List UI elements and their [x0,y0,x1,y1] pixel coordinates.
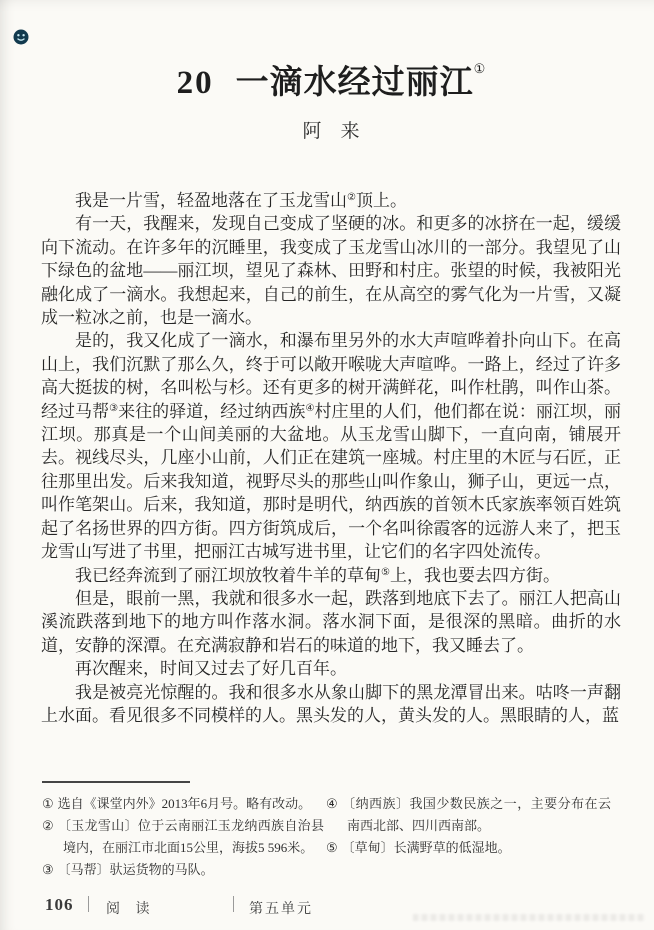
footnote-divider [42,781,190,783]
footnote: ①选自《课堂内外》2013年6月号。略有改动。 [42,793,324,815]
footnote-number: ③ [42,862,54,877]
paragraph: 我已经奔流到了丽江坝放牧着牛羊的草甸⑤上，我也要去四方街。 [41,564,621,587]
paragraph: 但是，眼前一黑，我就和很多水一起，跌落到地底下去了。丽江人把高山溪流跌落到地下的… [41,587,621,657]
footnotes-right-column: ④〔纳西族〕我国少数民族之一，主要分布在云南西北部、四川西南部。 ⑤〔草甸〕长满… [326,793,611,881]
paragraph: 我是一片雪，轻盈地落在了玉龙雪山②顶上。 [41,189,621,212]
unit-label: 第五单元 [249,898,313,918]
paragraph: 再次醒来，时间又过去了好几百年。 [41,657,621,680]
paragraph: 是的，我又化成了一滴水，和瀑布里另外的水大声喧哗着扑向山下。在高山上，我们沉默了… [41,329,621,563]
footnotes-left-column: ①选自《课堂内外》2013年6月号。略有改动。 ②〔玉龙雪山〕位于云南丽江玉龙纳… [42,793,324,881]
footnote-number: ④ [326,796,338,811]
footnote-text: 〔玉龙雪山〕位于云南丽江玉龙纳西族自治县境内，在丽江市北面15公里，海拔5 59… [58,818,324,855]
body-text: 我是一片雪，轻盈地落在了玉龙雪山②顶上。 有一天，我醒来，发现自己变成了坚硬的冰… [41,189,621,727]
footnote-number: ① [42,796,54,811]
title-footnote-marker: ① [474,61,486,76]
print-bleed-artifact [413,914,645,921]
paragraph: 有一天，我醒来，发现自己变成了坚硬的冰。和更多的冰挤在一起，缓缓向下流动。在许多… [41,212,621,329]
footnote: ③〔马帮〕驮运货物的马队。 [42,859,324,881]
page-number: 106 [45,895,74,915]
footnote-text: 〔草甸〕长满野草的低湿地。 [342,840,511,855]
textbook-page: 20一滴水经过丽江① 阿 来 我是一片雪，轻盈地落在了玉龙雪山②顶上。 有一天，… [0,0,654,930]
footnote-number: ② [42,818,54,833]
paragraph: 我是被亮光惊醒的。我和很多水从象山脚下的黑龙潭冒出来。咕咚一声翻上水面。看见很多… [41,681,621,728]
footnote-text: 选自《课堂内外》2013年6月号。略有改动。 [58,796,312,811]
footnotes: ①选自《课堂内外》2013年6月号。略有改动。 ②〔玉龙雪山〕位于云南丽江玉龙纳… [42,793,642,881]
footnote: ④〔纳西族〕我国少数民族之一，主要分布在云南西北部、四川西南部。 [326,793,611,837]
smiley-watermark-icon [13,29,29,45]
footnote-number: ⑤ [326,840,338,855]
lesson-title-text: 一滴水经过丽江 [236,65,474,101]
footer-divider [233,896,234,912]
footnote-text: 〔马帮〕驮运货物的马队。 [58,862,214,877]
lesson-title: 20一滴水经过丽江① [41,56,621,103]
footnote: ②〔玉龙雪山〕位于云南丽江玉龙纳西族自治县境内，在丽江市北面15公里，海拔5 5… [42,815,324,859]
lesson-number: 20 [177,65,214,101]
footnote-text: 〔纳西族〕我国少数民族之一，主要分布在云南西北部、四川西南部。 [342,796,611,833]
author-name: 阿 来 [41,116,621,143]
section-label: 阅 读 [106,898,156,918]
footer-divider [88,896,89,912]
smiley-icon [13,29,29,45]
footnote: ⑤〔草甸〕长满野草的低湿地。 [326,837,611,859]
